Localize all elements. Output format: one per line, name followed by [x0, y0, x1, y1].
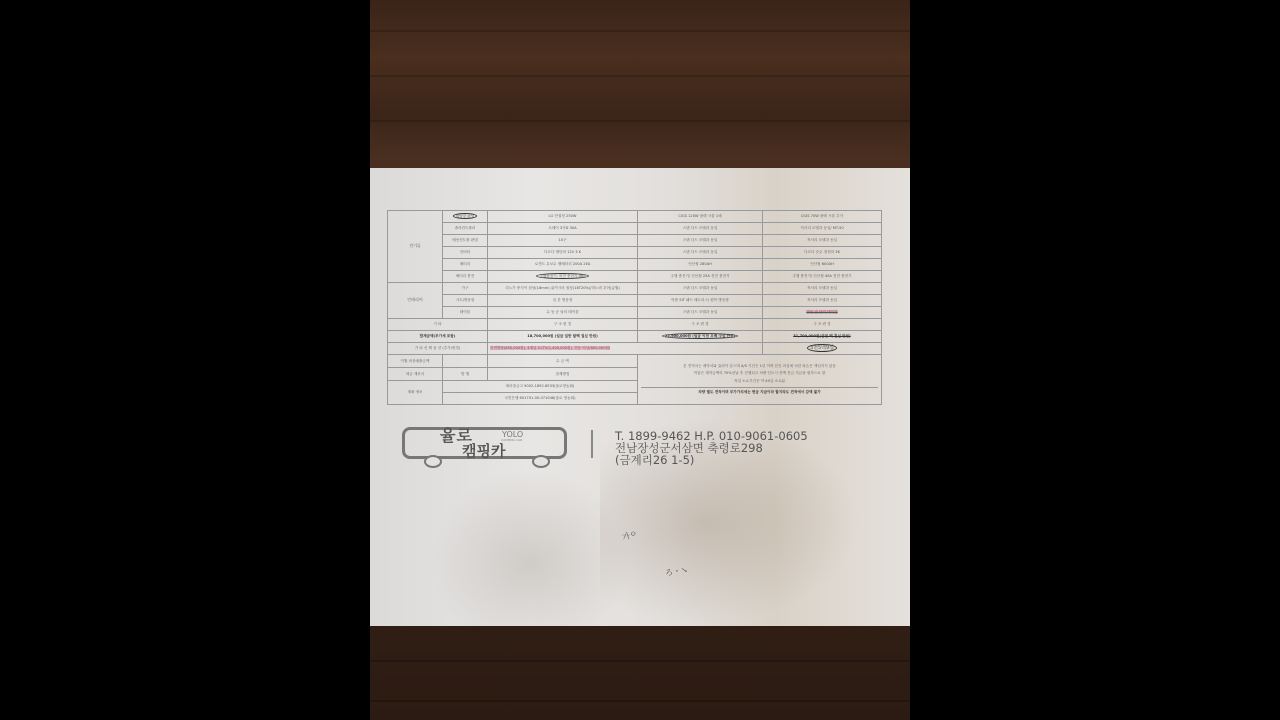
- document-photo: 전기류태양광 판넬LG 단결정 250WCIGS 120W 플렉 시블 1매CI…: [370, 0, 910, 720]
- spec-opt1-text: 아줌 5IT 패드 매트리스/ 원목 방음장: [671, 298, 729, 302]
- spec-opt2: CIGS 70W 플렉 시블 추가: [763, 211, 882, 223]
- spec-item: 테이블: [443, 307, 488, 319]
- notes-cell: 본 견적서는 계약서와 효력이 같으며 A/S 기간은 1년 이며 본인 과실에…: [638, 355, 882, 405]
- spec-opt2-text: 전동 승 날의 테이블: [806, 310, 837, 314]
- spec-opt1: 스탠 다드 모델과 동일: [638, 247, 763, 259]
- spec-opt1: 스탠 다드 모델과 동일: [638, 223, 763, 235]
- account-1: 새마을금고 9002-1892-6533(율로영농회): [443, 381, 638, 393]
- spec-item: 배선컨트롤 판넬: [443, 235, 488, 247]
- spec-opt2: 인산철 600AH: [763, 259, 882, 271]
- spec-row: 배터리 충전주행충전기, 외전 충전기 40A주행 충전기/ 인산철 25A 전…: [388, 271, 882, 283]
- spec-opt2: 직서리 모델과 동일: [763, 283, 882, 295]
- spec-std-text: 일 본 방음장: [553, 298, 573, 302]
- wheel-icon: [532, 455, 550, 468]
- total-opt2: 31,700,000원(삼천 백 칠십 만원): [763, 331, 882, 343]
- spec-row: 인테리어가구리노가 중식이 집성(18mm) 위커시마 집성(18T20%)/하…: [388, 283, 882, 295]
- logo-sub: 캠핑카: [462, 444, 505, 458]
- spec-std: 주행충전기, 외전 충전기 40A: [488, 271, 638, 283]
- spec-item: 가구: [443, 283, 488, 295]
- spec-opt1: CIGS 120W 플렉 시블 1매: [638, 211, 763, 223]
- spec-item-text: 배터리: [460, 262, 470, 266]
- contact-block: T. 1899-9462 H.P. 010-9061-0605 전남장성군서삼면…: [615, 430, 808, 466]
- wood-grain: [370, 75, 910, 77]
- spec-opt1: 스탠 다드 모델과 동일: [638, 235, 763, 247]
- spec-std-text: 주행충전기, 외전 충전기 40A: [536, 273, 588, 279]
- wheel-icon: [424, 455, 442, 468]
- spec-item-text: 솔라컨트롤러: [455, 226, 476, 230]
- spec-row: 전기류태양광 판넬LG 단결정 250WCIGS 120W 플렉 시블 1매CI…: [388, 211, 882, 223]
- spec-std-text: 다르다 계단파 12V 3 K: [544, 250, 581, 254]
- tax-invoice-issue: 발 행: [443, 368, 488, 381]
- spec-item-text: 배터리 충전: [456, 274, 475, 278]
- received-label: 수 금 액: [488, 355, 638, 368]
- receivable-value: [443, 355, 488, 368]
- wood-grain: [370, 700, 910, 702]
- other-opt2: 구 조 변 경: [763, 319, 882, 331]
- spec-item-text: 태양광 판넬: [453, 213, 478, 219]
- logo-title: 율로: [440, 428, 473, 443]
- options-row: 기 타 선 택 옵 션 (추가/변경) 전면발락(650,000원), 4채널 …: [388, 343, 882, 355]
- spec-opt2: 직서리 모델과 동일: [763, 235, 882, 247]
- address-line-2: (금계리26 1-5): [615, 454, 808, 466]
- total-std: 18,700,000원 (일급 일반 탈팩 질십 만원): [488, 331, 638, 343]
- spec-std: LG 단결정 250W: [488, 211, 638, 223]
- options-cell: 전면발락(650,000원), 4채널 CCTV(1,400,000원), 전동…: [488, 343, 763, 355]
- spec-opt2-text: CIGS 70W 플렉 시블 추가: [801, 214, 843, 218]
- spec-item-text: 테이블: [460, 310, 470, 314]
- wood-grain: [370, 660, 910, 662]
- spec-std: 일 본 방음장: [488, 295, 638, 307]
- spec-row: 솔라컨트롤러도레이 3가D 30A스탠 다드 모델과 동일직서리 모델과 동일/…: [388, 223, 882, 235]
- options-note: 3천5백9십: [763, 343, 882, 355]
- spec-opt2-text: 직서리 모델과 동일: [807, 238, 837, 242]
- handwritten-note: 3천5백9십: [807, 344, 837, 352]
- note-4: 차량 별도 견적이며 부가가치세는 현금 지급이라 할지라도 견적에서 감액 불…: [641, 387, 878, 395]
- receivable-label: 이월 외상매출금액: [388, 355, 443, 368]
- spec-opt2: 전동 승 날의 테이블: [763, 307, 882, 319]
- spec-opt2: 직서리 모델과 동일/ MT-50: [763, 223, 882, 235]
- other-std: 구 조 변 경: [488, 319, 638, 331]
- spec-std: 로켓트 무보수 젤배터리 200A 2EA: [488, 259, 638, 271]
- spec-std-text: 10구: [558, 238, 566, 242]
- other-opt1: 구 조 변 경: [638, 319, 763, 331]
- spec-std: 도레이 3가D 30A: [488, 223, 638, 235]
- spec-opt2-text: 직서리 모델과 동일: [807, 298, 837, 302]
- spec-opt1-text: 스탠 다드 모델과 동일: [683, 226, 718, 230]
- spec-opt1: 인산철 280AH: [638, 259, 763, 271]
- spec-item-text: 시트/방음장: [456, 298, 475, 302]
- category-cell: 전기류: [388, 211, 443, 283]
- spec-opt2-text: 주행 충전기/ 인산철 40A 전전 충전기: [792, 274, 851, 278]
- total-row: 합계금액(부가세 포함) 18,700,000원 (일급 일반 탈팩 질십 만원…: [388, 331, 882, 343]
- spec-row: 인버터다르다 계단파 12V 3 K스탠 다드 모델과 동일다르다 순수 정현파…: [388, 247, 882, 259]
- spec-std-text: 리노가 중식이 집성(18mm) 위커시마 집성(18T20%)/하노락 투어(…: [505, 286, 620, 290]
- spec-opt1-text: 스탠 다드 모델과 동일: [683, 250, 718, 254]
- payment-row-1: 이월 외상매출금액 수 금 액 본 견적서는 계약서와 효력이 같으며 A/S …: [388, 355, 882, 368]
- spec-item: 배터리: [443, 259, 488, 271]
- spec-opt2-text: 직서리 모델과 동일: [807, 286, 837, 290]
- spec-item: 솔라컨트롤러: [443, 223, 488, 235]
- options-value: 전면발락(650,000원), 4채널 CCTV(1,400,000원), 전동…: [490, 346, 610, 350]
- options-label: 기 타 선 택 옵 션 (추가/변경): [388, 343, 488, 355]
- spec-std-text: 도레이 3가D 30A: [548, 226, 576, 230]
- spec-std: 다르다 계단파 12V 3 K: [488, 247, 638, 259]
- yolo-logo: 율로 YOLO CAMPING CAR 캠핑카: [402, 423, 570, 465]
- note-2: 작업은 계약금액의 70%선납 후 진행되고 차량 인도시 잔액 전금 지급을 …: [641, 371, 878, 376]
- spec-opt1-text: 주행 충전기/ 인산철 25A 전전 충전기: [670, 274, 729, 278]
- account-2: 국민은행 601701-00-071048(율로 영농회): [443, 393, 638, 405]
- spec-row: 테이블수 동 승 날의 테이블스탠 다드 모델과 동일전동 승 날의 테이블: [388, 307, 882, 319]
- spec-opt2: 주행 충전기/ 인산철 40A 전전 충전기: [763, 271, 882, 283]
- spec-opt1-text: 스탠 다드 모델과 동일: [683, 310, 718, 314]
- spec-std-text: LG 단결정 250W: [549, 214, 577, 218]
- spec-opt1-text: CIGS 120W 플렉 시블 1매: [678, 214, 721, 218]
- quote-table: 전기류태양광 판넬LG 단결정 250WCIGS 120W 플렉 시블 1매CI…: [387, 210, 882, 405]
- spec-std: 수 동 승 날의 테이블: [488, 307, 638, 319]
- spec-opt2-text: 인산철 600AH: [810, 262, 834, 266]
- spec-opt1: 스탠 다드 모델과 동일: [638, 283, 763, 295]
- spec-opt2-text: 다르다 순수 정현파 3K: [804, 250, 840, 254]
- spec-item-text: 가구: [462, 286, 469, 290]
- spec-std-text: 수 동 승 날의 테이블: [546, 310, 578, 314]
- spec-item-text: 인버터: [460, 250, 470, 254]
- spec-opt1: 스탠 다드 모델과 동일: [638, 307, 763, 319]
- spec-opt1-text: 인산철 280AH: [688, 262, 712, 266]
- spec-opt2: 다르다 순수 정현파 3K: [763, 247, 882, 259]
- spec-opt1-text: 스탠 다드 모델과 동일: [683, 238, 718, 242]
- other-row: 기 타 구 조 변 경 구 조 변 경 구 조 변 경: [388, 319, 882, 331]
- total-opt1: 25,900,000원 (일금 이천 오백 구십 만원): [638, 331, 763, 343]
- spec-row: 시트/방음장일 본 방음장아줌 5IT 패드 매트리스/ 원목 방음장직서리 모…: [388, 295, 882, 307]
- spec-std: 10구: [488, 235, 638, 247]
- quote-paper: 전기류태양광 판넬LG 단결정 250WCIGS 120W 플렉 시블 1매CI…: [370, 168, 910, 626]
- spec-opt1: 주행 충전기/ 인산철 25A 전전 충전기: [638, 271, 763, 283]
- spec-row: 배선컨트롤 판넬10구스탠 다드 모델과 동일직서리 모델과 동일: [388, 235, 882, 247]
- spec-opt2-text: 직서리 모델과 동일/ MT-50: [800, 226, 843, 230]
- total-opt1-text: 25,900,000원 (일금 이천 오백 구십 만원): [662, 333, 738, 339]
- spec-opt1: 아줌 5IT 패드 매트리스/ 원목 방음장: [638, 295, 763, 307]
- total-label: 합계금액(부가세 포함): [388, 331, 488, 343]
- wood-grain: [370, 120, 910, 122]
- spec-item: 태양광 판넬: [443, 211, 488, 223]
- spec-std-text: 로켓트 무보수 젤배터리 200A 2EA: [535, 262, 591, 266]
- spec-item: 인버터: [443, 247, 488, 259]
- spec-item: 시트/방음장: [443, 295, 488, 307]
- spec-opt1-text: 스탠 다드 모델과 동일: [683, 286, 718, 290]
- other-label: 기 타: [388, 319, 488, 331]
- spec-item: 배터리 충전: [443, 271, 488, 283]
- note-1: 본 견적서는 계약서와 효력이 같으며 A/S 기간은 1년 이며 본인 과실에…: [641, 364, 878, 369]
- spec-opt2: 직서리 모델과 동일: [763, 295, 882, 307]
- spec-std: 리노가 중식이 집성(18mm) 위커시마 집성(18T20%)/하노락 투어(…: [488, 283, 638, 295]
- spec-row: 배터리로켓트 무보수 젤배터리 200A 2EA인산철 280AH인산철 600…: [388, 259, 882, 271]
- wood-grain: [370, 30, 910, 32]
- spec-item-text: 배선컨트롤 판넬: [452, 238, 477, 242]
- payment-method-label: 결제방법: [488, 368, 638, 381]
- divider: [591, 430, 593, 458]
- account-label: 계좌 정보: [388, 381, 443, 405]
- category-cell: 인테리어: [388, 283, 443, 319]
- note-3: 작업 소요기간은 약 40일 소요됨: [641, 379, 878, 384]
- tax-invoice-label: 세금 계산서: [388, 368, 443, 381]
